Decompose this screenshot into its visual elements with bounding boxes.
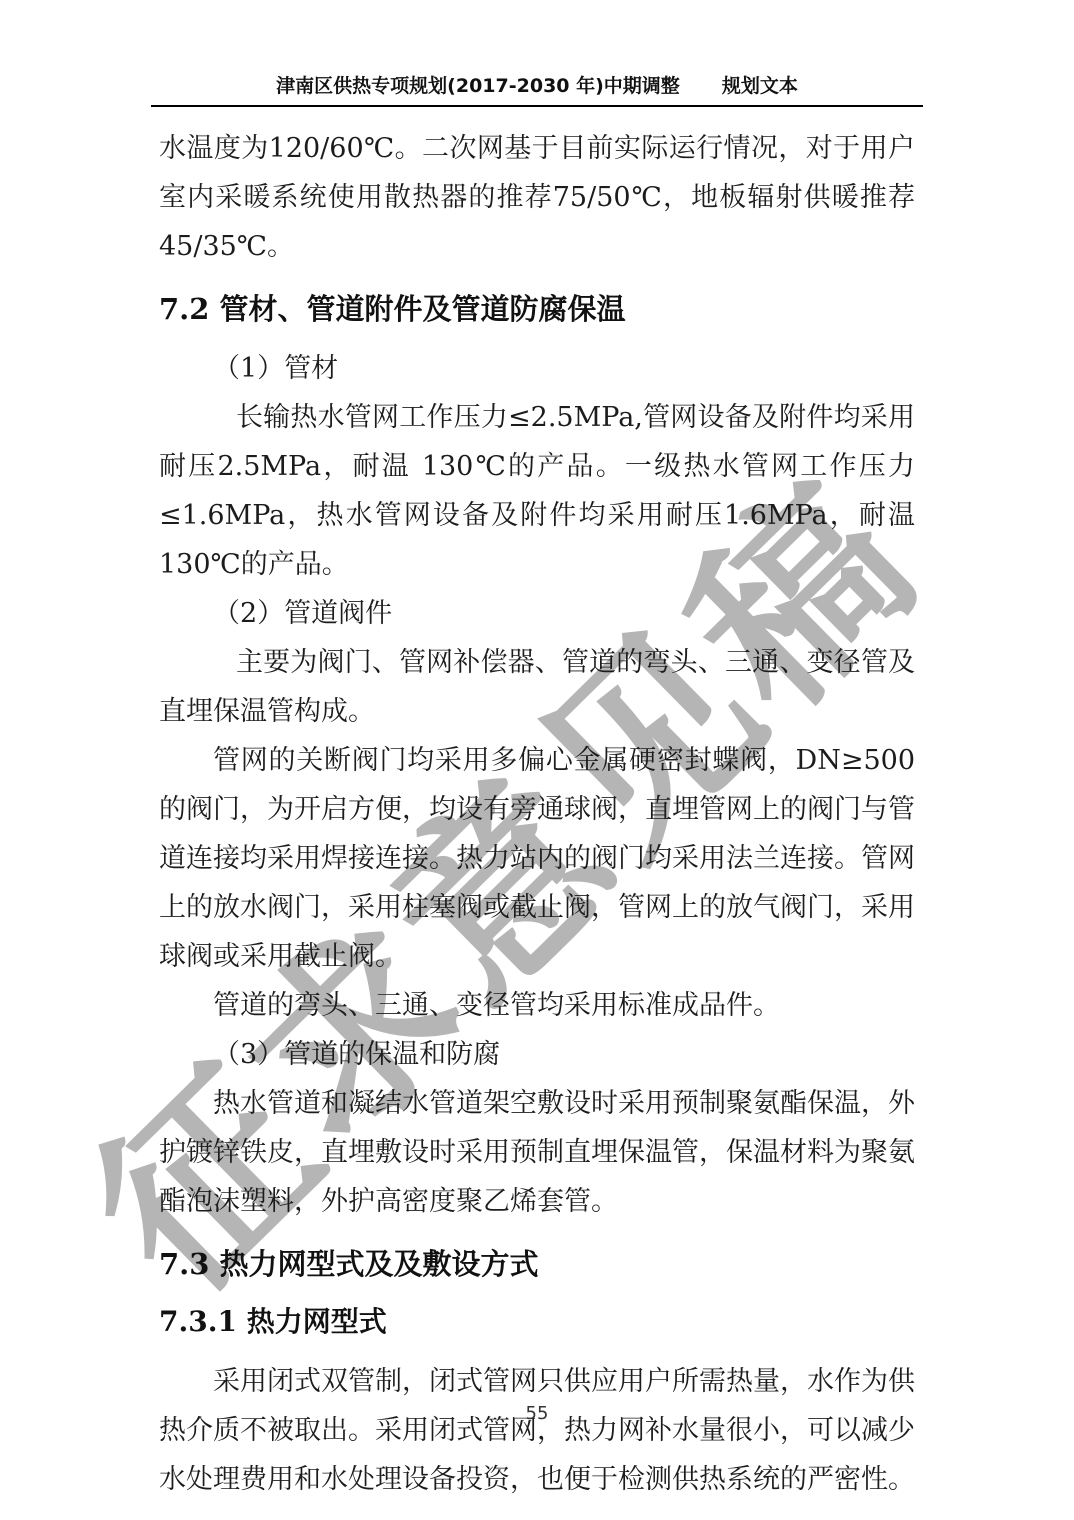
- body-paragraph-shutoff-valves: 管网的关断阀门均采用多偏心金属硬密封蝶阀，DN≥500的阀门，为开启方便，均设有…: [159, 736, 915, 981]
- header-rule: [151, 105, 923, 107]
- page-header: 津南区供热专项规划(2017-2030 年)中期调整规划文本: [0, 0, 1074, 96]
- body-paragraph-standard-fittings: 管道的弯头、三通、变径管均采用标准成品件。: [159, 981, 915, 1030]
- section-heading-7-3-1: 7.3.1 热力网型式: [159, 1302, 915, 1342]
- body-paragraph-closed-network: 采用闭式双管制，闭式管网只供应用户所需热量，水作为供热介质不被取出。采用闭式管网…: [159, 1357, 915, 1504]
- body-paragraph-valve-composition: 主要为阀门、管网补偿器、管道的弯头、三通、变径管及直埋保温管构成。: [159, 638, 915, 736]
- list-item-3-insulation-anticorrosion: （3）管道的保温和防腐: [159, 1030, 915, 1079]
- header-title: 津南区供热专项规划(2017-2030 年)中期调整: [276, 75, 680, 97]
- body-paragraph-insulation-detail: 热水管道和凝结水管道架空敷设时采用预制聚氨酯保温，外护镀锌铁皮，直埋敷设时采用预…: [159, 1079, 915, 1226]
- page-footer: 55: [0, 1403, 1074, 1424]
- section-heading-7-3: 7.3 热力网型式及及敷设方式: [159, 1242, 915, 1286]
- document-page: 征求意见稿 津南区供热专项规划(2017-2030 年)中期调整规划文本 水温度…: [0, 0, 1074, 1520]
- header-doc-type: 规划文本: [722, 75, 798, 97]
- list-item-1-pipe-material: （1）管材: [159, 344, 915, 393]
- page-number: 55: [526, 1403, 549, 1424]
- body-paragraph-pipe-pressure: 长输热水管网工作压力≤2.5MPa,管网设备及附件均采用耐压2.5MPa，耐温 …: [159, 393, 915, 589]
- document-body: 水温度为120/60℃。二次网基于目前实际运行情况，对于用户室内采暖系统使用散热…: [159, 124, 915, 1504]
- list-item-2-pipe-valves: （2）管道阀件: [159, 589, 915, 638]
- section-heading-7-2: 7.2 管材、管道附件及管道防腐保温: [159, 287, 915, 331]
- body-paragraph-continuation: 水温度为120/60℃。二次网基于目前实际运行情况，对于用户室内采暖系统使用散热…: [159, 124, 915, 271]
